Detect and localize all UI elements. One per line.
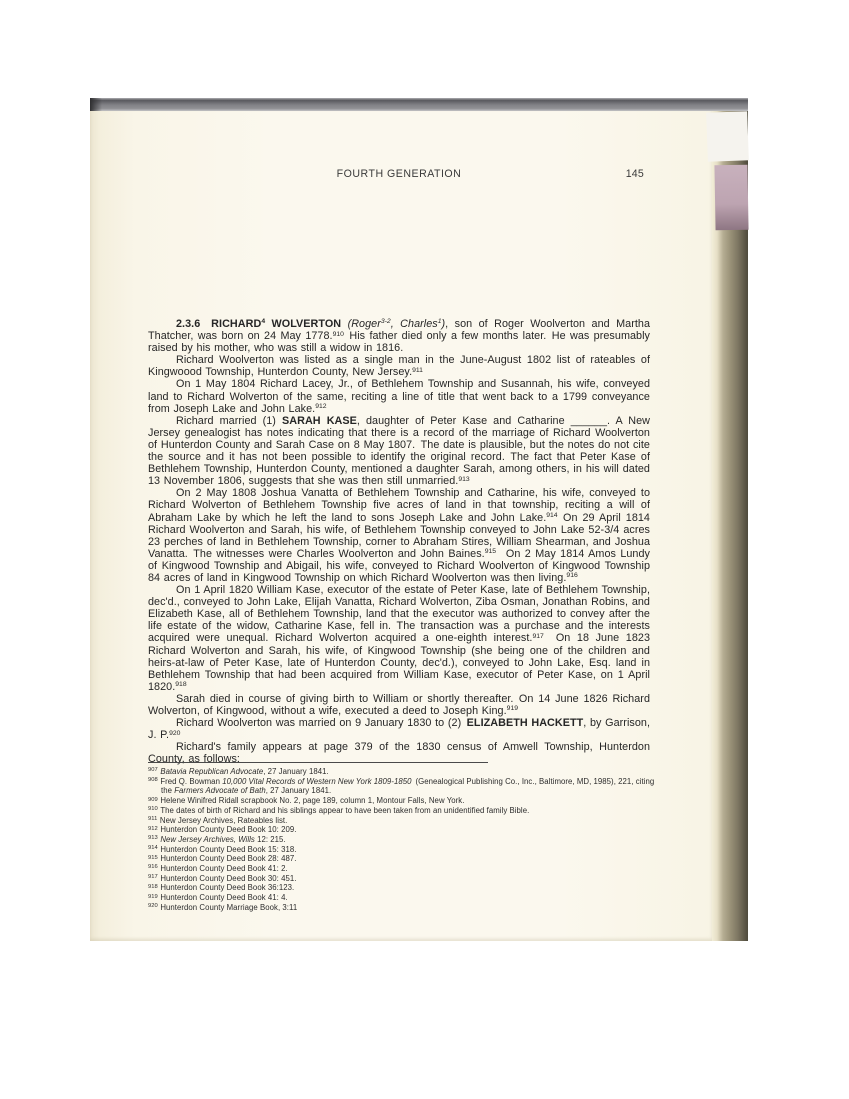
text-run: New Jersey Archives, Wills [160, 835, 255, 844]
footnote-item: 912Hunterdon County Deed Book 10: 209. [148, 825, 656, 835]
text-run: , 27 January 1841. [266, 786, 332, 795]
text-run: 12: 215. [255, 835, 286, 844]
text-run: Hunterdon County Deed Book 28: 487. [160, 854, 296, 863]
text-run: Fred Q. Bowman [160, 777, 222, 786]
text-run: Richard Woolverton was married on 9 Janu… [176, 717, 467, 729]
text-run: Hunterdon County Marriage Book, 3:11 [160, 903, 297, 912]
text-run: Hunterdon County Deed Book 10: 209. [160, 825, 296, 834]
footnote-number: 916 [148, 864, 158, 870]
text-run: Hunterdon County Deed Book 41: 4. [160, 893, 287, 902]
footnote-number: 914 [148, 845, 158, 851]
text-run: , 27 January 1841. [263, 767, 329, 776]
footnote-ref: 914 [546, 512, 557, 519]
footnote-number: 908 [148, 777, 158, 783]
footnote-item: 920Hunterdon County Marriage Book, 3:11 [148, 903, 656, 913]
text-run: Richard married (1) [176, 415, 282, 427]
paragraph: Richard Woolverton was listed as a singl… [148, 354, 650, 378]
paragraph: 2.3.6 RICHARD4 WOLVERTON (Roger3-2, Char… [148, 318, 650, 354]
footnote-item: 909Helene Winifred Ridall scrapbook No. … [148, 796, 656, 806]
footnote-number: 913 [148, 835, 158, 841]
paragraph: On 1 April 1820 William Kase, executor o… [148, 584, 650, 693]
footnote-number: 909 [148, 797, 158, 803]
footnote-item: 913New Jersey Archives, Wills 12: 215. [148, 835, 656, 845]
footnote-ref: 915 [485, 548, 496, 555]
footnote-ref: 917 [532, 633, 543, 640]
paragraph: Richard Woolverton was married on 9 Janu… [148, 717, 650, 741]
text-run: Richard Woolverton was listed as a singl… [148, 354, 650, 378]
footnote-ref: 912 [315, 403, 326, 410]
footnote-ref: 918 [175, 681, 186, 688]
footnote-number: 907 [148, 767, 158, 773]
text-run: On 1 May 1804 Richard Lacey, Jr., of Bet… [148, 378, 650, 414]
book-edge-white-page [706, 111, 749, 161]
footnote-ref: 920 [169, 730, 180, 737]
footnote-ref: 919 [507, 705, 518, 712]
text-run: Hunterdon County Deed Book 36:123. [160, 883, 294, 892]
footnote-number: 919 [148, 894, 158, 900]
footnote-item: 908Fred Q. Bowman 10,000 Vital Records o… [148, 777, 656, 796]
page-header: FOURTH GENERATION 145 [148, 168, 650, 182]
text-run: Hunterdon County Deed Book 30: 451. [160, 874, 296, 883]
text-run: , Charles [391, 318, 438, 330]
text-run: WOLVERTON [265, 318, 347, 330]
footnote-item: 907Batavia Republican Advocate, 27 Janua… [148, 767, 656, 777]
book-edge-pink-insert [714, 165, 748, 231]
footnote-item: 910The dates of birth of Richard and his… [148, 806, 656, 816]
footnote-ref: 911 [412, 367, 423, 374]
paragraph: On 1 May 1804 Richard Lacey, Jr., of Bet… [148, 378, 650, 414]
text-run: Batavia Republican Advocate [160, 767, 263, 776]
footnote-number: 912 [148, 826, 158, 832]
footnote-item: 917Hunterdon County Deed Book 30: 451. [148, 874, 656, 884]
scan-top-shadow [90, 98, 748, 111]
footnote-ref: 1 [438, 318, 442, 325]
text-run: RICHARD [211, 318, 261, 330]
text-run: The dates of birth of Richard and his si… [160, 806, 529, 815]
footnote-ref: 4 [261, 318, 265, 325]
text-run: Sarah died in course of giving birth to … [148, 693, 650, 717]
footnote-number: 920 [148, 903, 158, 909]
text-run: Hunterdon County Deed Book 41: 2. [160, 864, 287, 873]
footnote-item: 914Hunterdon County Deed Book 15: 318. [148, 845, 656, 855]
text-run: 2.3.6 [176, 318, 211, 330]
text-run: Helene Winifred Ridall scrapbook No. 2, … [160, 796, 464, 805]
text-run: SARAH KASE [282, 415, 357, 427]
footnote-ref: 913 [458, 476, 469, 483]
footnote-number: 918 [148, 884, 158, 890]
footnote-item: 911New Jersey Archives, Rateables list. [148, 816, 656, 826]
text-run: Farmers Advocate of Bath [174, 786, 265, 795]
text-run: ELIZABETH HACKETT [467, 717, 584, 729]
body-text: 2.3.6 RICHARD4 WOLVERTON (Roger3-2, Char… [148, 318, 650, 765]
footnote-ref: 3-2 [381, 318, 391, 325]
footnote-item: 915Hunterdon County Deed Book 28: 487. [148, 854, 656, 864]
text-run: New Jersey Archives, Rateables list. [160, 816, 287, 825]
footnote-separator [148, 762, 488, 763]
footnote-number: 911 [148, 816, 157, 822]
footnote-number: 910 [148, 806, 158, 812]
footnote-item: 918Hunterdon County Deed Book 36:123. [148, 883, 656, 893]
footnote-number: 915 [148, 855, 158, 861]
paragraph: Richard married (1) SARAH KASE, daughter… [148, 415, 650, 488]
footnote-number: 917 [148, 874, 158, 880]
paragraph: Sarah died in course of giving birth to … [148, 693, 650, 717]
text-run: Hunterdon County Deed Book 15: 318. [160, 845, 296, 854]
footnotes: 907Batavia Republican Advocate, 27 Janua… [148, 767, 656, 913]
book-edge [712, 111, 748, 941]
footnote-item: 919Hunterdon County Deed Book 41: 4. [148, 893, 656, 903]
footnote-ref: 910 [333, 331, 344, 338]
paragraph: On 2 May 1808 Joshua Vanatta of Bethlehe… [148, 487, 650, 584]
text-run: 10,000 Vital Records of Western New York… [222, 777, 411, 786]
footnote-ref: 916 [566, 572, 577, 579]
scanned-book-page: FOURTH GENERATION 145 2.3.6 RICHARD4 WOL… [90, 98, 748, 941]
footnote-item: 916Hunterdon County Deed Book 41: 2. [148, 864, 656, 874]
page-number: 145 [626, 168, 644, 180]
running-head: FOURTH GENERATION [337, 168, 462, 180]
text-run: (Roger [348, 318, 381, 330]
